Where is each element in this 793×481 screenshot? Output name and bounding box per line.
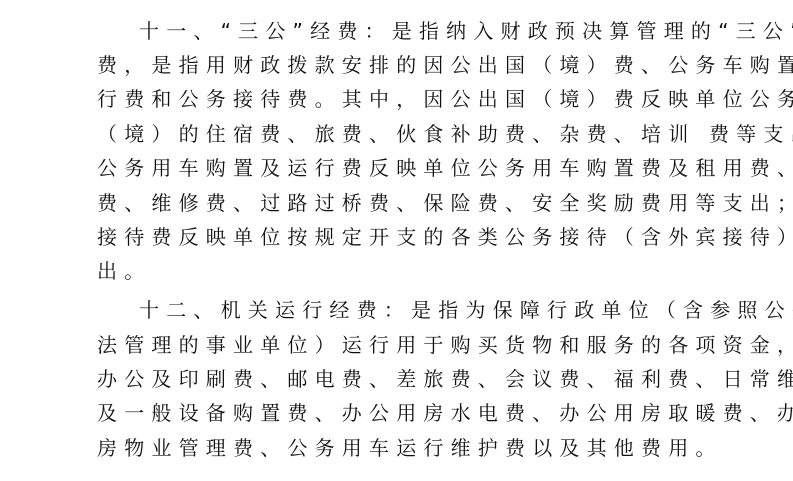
paragraph-line: 十二、机关运行经费：是指为保障行政单位（含参照公务员: [139, 298, 793, 322]
paragraph-line: 及一般设备购置费、办公用房水电费、办公用房取暖费、办公用: [97, 401, 793, 425]
paragraph-line: 费，是指用财政拨款安排的因公出国（境）费、公务车购置及运: [97, 53, 793, 77]
paragraph-line: 出。: [97, 259, 151, 283]
paragraph-line: 公务用车购置及运行费反映单位公务用车购置费及租用费、燃料: [97, 156, 793, 180]
paragraph-line: 接待费反映单位按规定开支的各类公务接待（含外宾接待）支: [97, 225, 793, 249]
paragraph-line: 十一、“三公”经费：是指纳入财政预决算管理的“三公” 经: [139, 19, 793, 43]
paragraph-line: 房物业管理费、公务用车运行维护费以及其他费用。: [97, 436, 723, 460]
paragraph-line: 费、维修费、过路过桥费、保险费、安全奖励费用等支出；公务: [97, 191, 793, 215]
paragraph-line: 法管理的事业单位）运行用于购买货物和服务的各项资金，包括: [97, 333, 793, 357]
paragraph-line: 行费和公务接待费。其中，因公出国（境）费反映单位公务出国: [97, 87, 793, 111]
paragraph-line: （境）的住宿费、旅费、伙食补助费、杂费、培训 费等支出；: [97, 122, 793, 146]
paragraph-line: 办公及印刷费、邮电费、差旅费、会议费、福利费、日常维修费: [97, 367, 793, 391]
